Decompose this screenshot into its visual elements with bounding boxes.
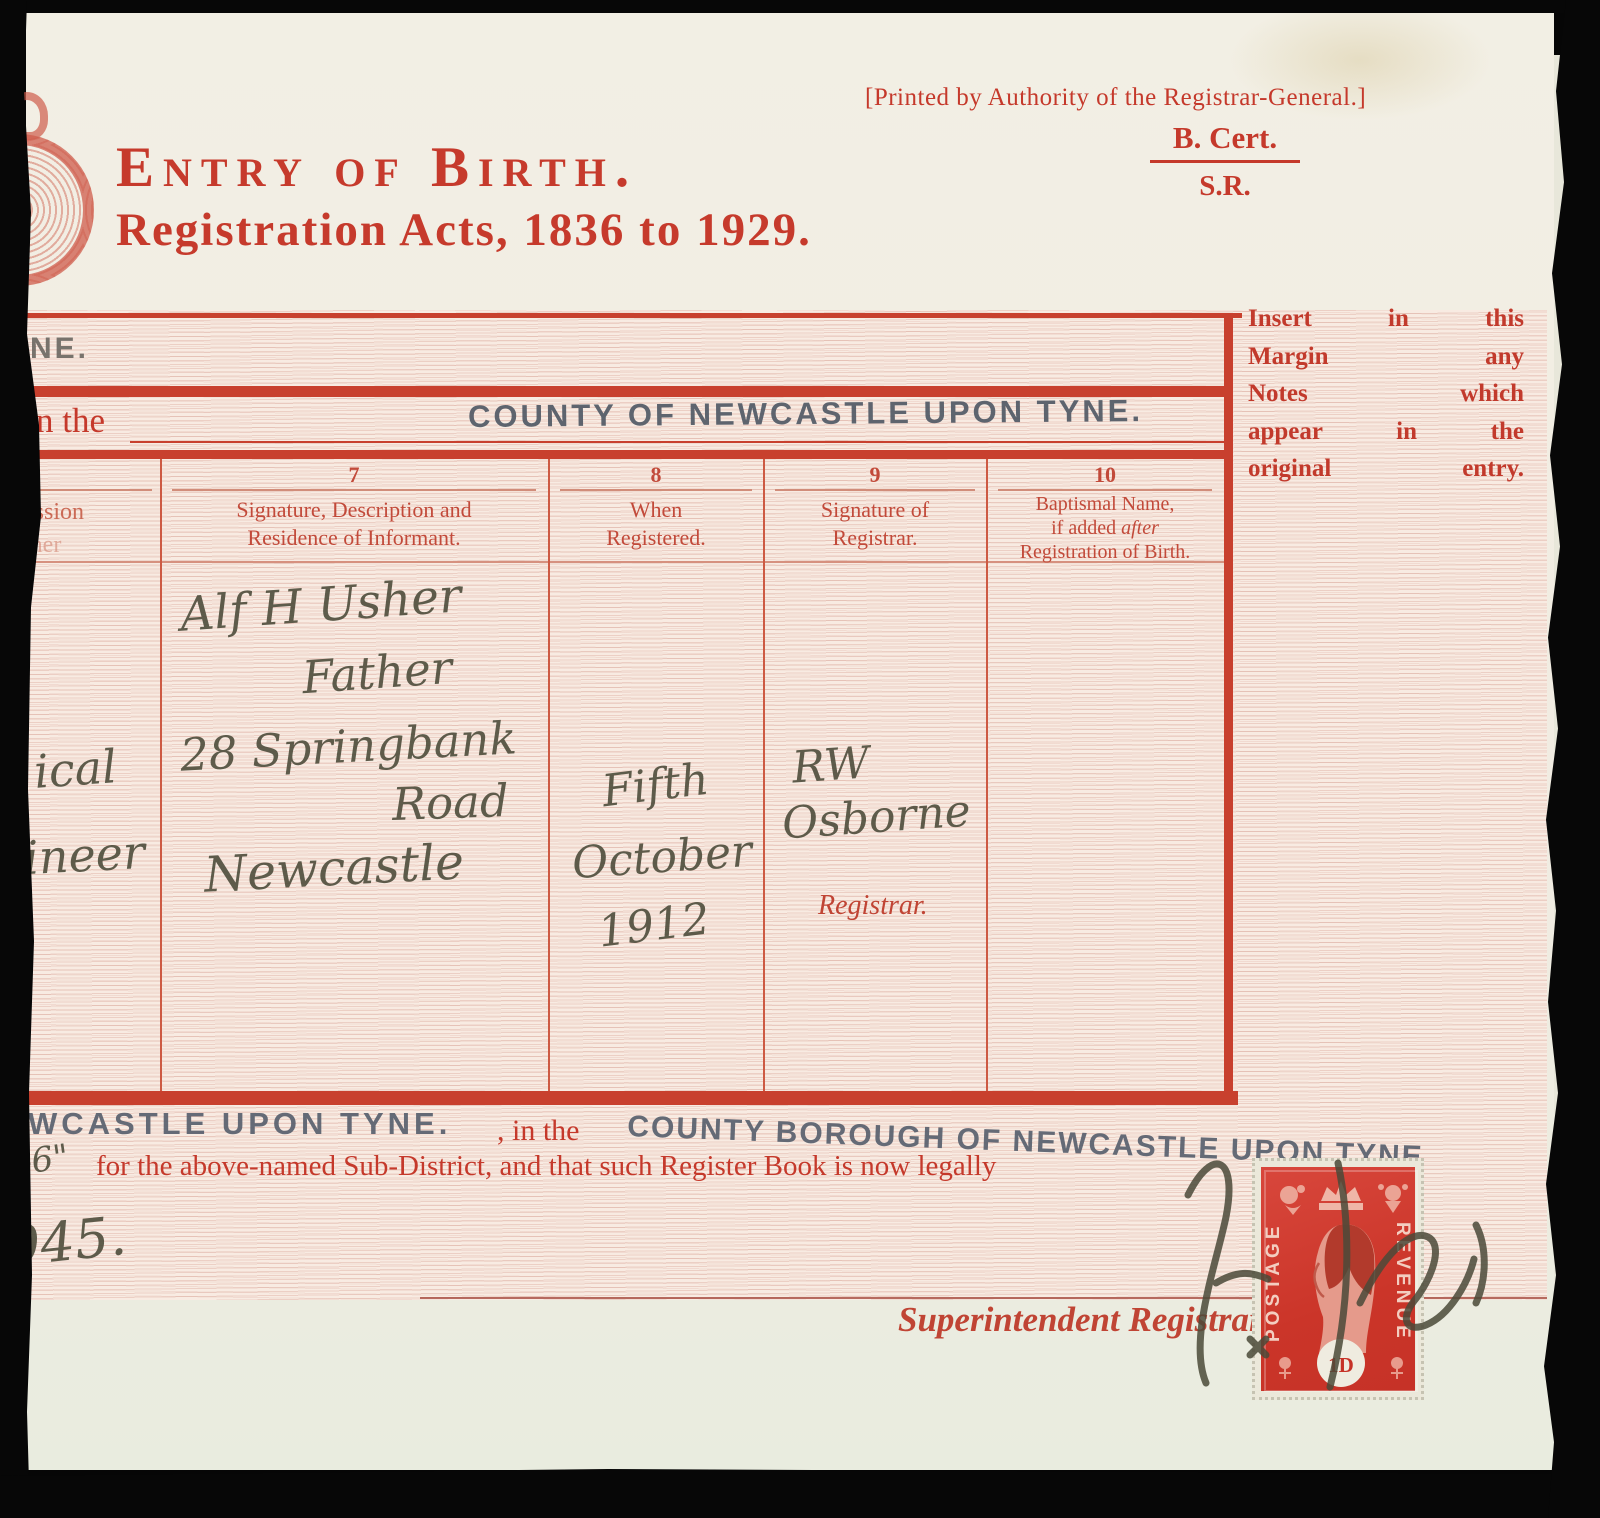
- column-divider: [160, 459, 162, 1091]
- table-bottom-rule: [26, 1091, 1238, 1105]
- margin-note-line: Insert in this: [1248, 300, 1524, 338]
- column8-header-line2: Registered.: [560, 524, 752, 552]
- column10-header-line1: Baptismal Name,: [998, 492, 1212, 516]
- column9-header-line1: Signature of: [775, 496, 975, 524]
- footer-connector: , in the: [497, 1114, 580, 1148]
- column6-header-fragment: ther: [24, 530, 144, 560]
- table-top-rule: [26, 450, 1231, 459]
- column10-header-line2: if added after: [998, 516, 1212, 540]
- column10-header-line2-pre: if added: [1051, 517, 1121, 539]
- father-profession-fragment: ineer: [23, 825, 146, 885]
- subdistrict-rubber-stamp-fragment: WCASTLE UPON TYNE.: [28, 1106, 451, 1142]
- legal-declaration-line: for the above-named Sub-District, and th…: [96, 1150, 996, 1183]
- scan-border-top: [0, 0, 1600, 13]
- scan-border-bottom: [0, 1466, 1600, 1518]
- column7-header-line1: Signature, Description and: [172, 496, 536, 524]
- superintendent-signature: [1150, 1125, 1530, 1425]
- number-divider: [30, 489, 152, 491]
- column-divider: [548, 459, 550, 1091]
- informant-address-line: Road: [391, 774, 509, 831]
- column-divider: [986, 459, 988, 1091]
- cert-code: B. Cert.: [1150, 120, 1300, 163]
- column7-header-line2: Residence of Informant.: [172, 524, 536, 552]
- column-number: 8: [560, 461, 752, 489]
- column-number: 9: [775, 461, 975, 489]
- margin-note-line: Notes which: [1248, 375, 1524, 413]
- number-divider: [775, 489, 975, 491]
- margin-note-line: Margin any: [1248, 338, 1524, 376]
- number-divider: [560, 489, 752, 491]
- number-divider: [998, 489, 1212, 491]
- document-title: Entry of Birth.: [116, 135, 638, 200]
- birth-certificate-scan: [Printed by Authority of the Registrar-G…: [0, 0, 1600, 1518]
- cert-code-sub: S.R.: [1150, 170, 1300, 203]
- column8-header: When Registered.: [560, 496, 752, 551]
- district-prefix: n the: [36, 401, 105, 441]
- frame-right-rule: [1224, 313, 1233, 1099]
- column10-header: Baptismal Name, if added after Registrat…: [998, 492, 1212, 564]
- county-rubber-stamp: COUNTY OF NEWCASTLE UPON TYNE.: [468, 393, 1143, 435]
- column-number: 10: [998, 461, 1212, 489]
- column8-header-line1: When: [560, 496, 752, 524]
- printed-authority-line: [Printed by Authority of the Registrar-G…: [865, 84, 1366, 112]
- number-divider: [172, 489, 536, 491]
- column-number: 7: [172, 461, 536, 489]
- frame-top-rule: [26, 313, 1242, 318]
- column7-header: Signature, Description and Residence of …: [172, 496, 536, 551]
- column6-header-fragment: ession: [24, 497, 144, 527]
- column-divider: [763, 459, 765, 1091]
- margin-note: Insert in this Margin any Notes which ap…: [1248, 300, 1524, 488]
- margin-note-line: appear in the: [1248, 413, 1524, 451]
- document-subtitle: Registration Acts, 1836 to 1929.: [116, 203, 812, 257]
- registrar-signature-line: RW: [790, 737, 871, 793]
- district-fragment: NE.: [30, 332, 89, 366]
- informant-relation: Father: [300, 641, 454, 704]
- column9-header: Signature of Registrar.: [775, 496, 975, 551]
- registrar-label: Registrar.: [818, 890, 928, 922]
- margin-note-line: original entry.: [1248, 450, 1524, 488]
- father-profession-fragment: ical: [32, 739, 118, 799]
- district-underline: [130, 441, 1224, 443]
- column10-header-line2-em: after: [1121, 517, 1159, 539]
- column10-header-line3: Registration of Birth.: [998, 540, 1212, 564]
- column9-header-line2: Registrar.: [775, 524, 975, 552]
